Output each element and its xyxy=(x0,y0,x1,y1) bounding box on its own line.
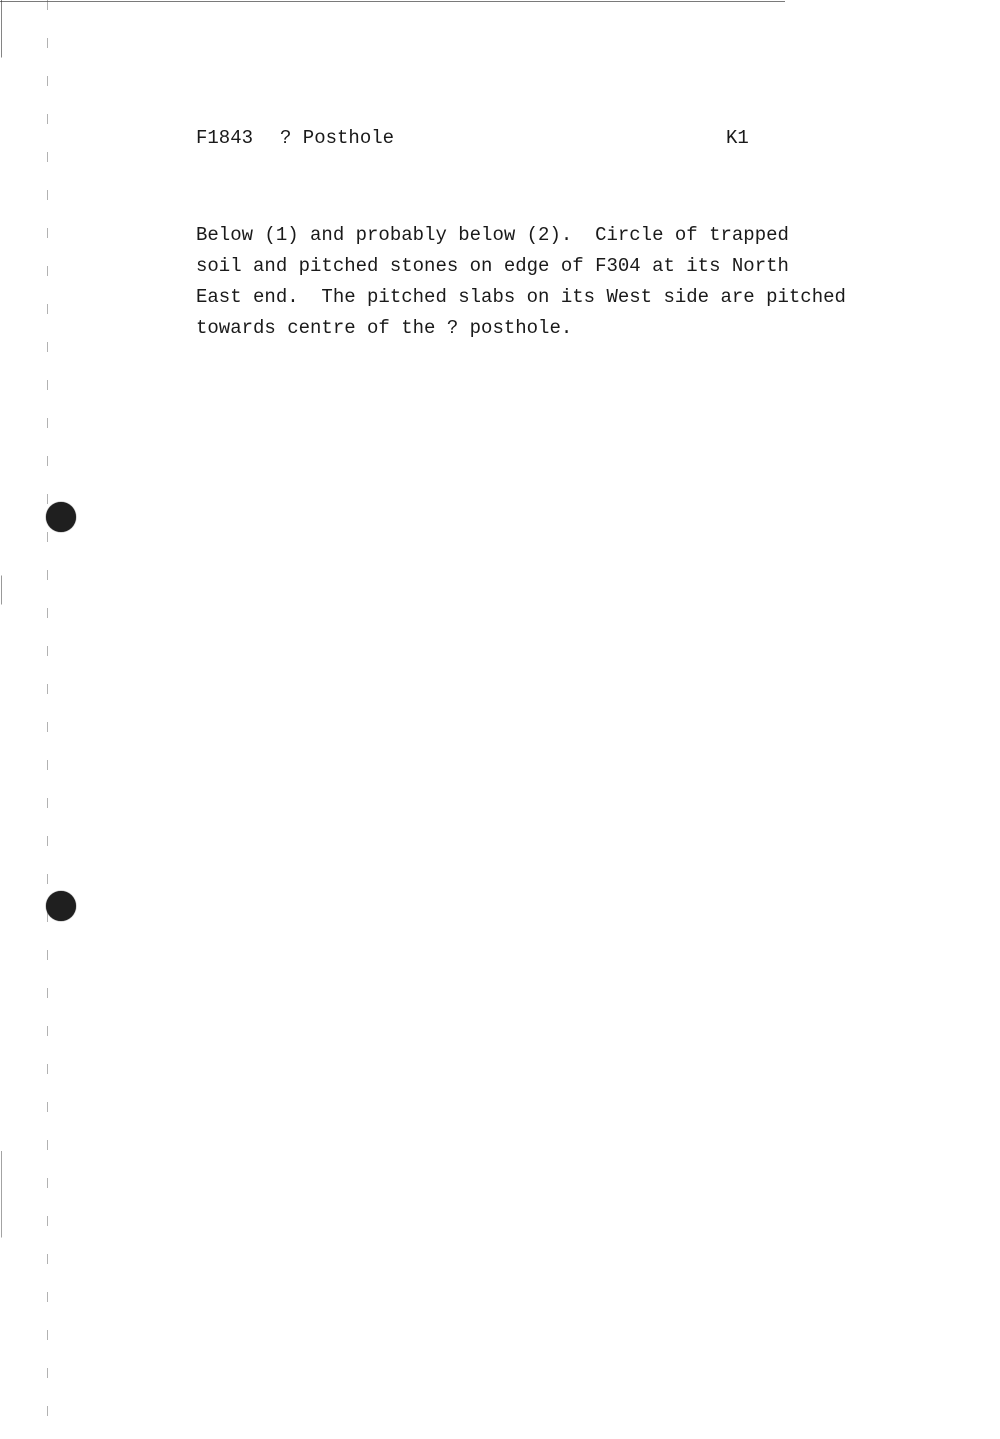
description-line: soil and pitched stones on edge of F304 … xyxy=(196,251,916,282)
description-line: Below (1) and probably below (2). Circle… xyxy=(196,220,916,251)
description-line: East end. The pitched slabs on its West … xyxy=(196,282,916,313)
feature-title: ? Posthole xyxy=(280,127,394,149)
punch-hole-icon xyxy=(46,502,76,532)
margin-line xyxy=(47,0,48,1439)
feature-id: F1843 xyxy=(196,127,253,149)
punch-hole-icon xyxy=(46,891,76,921)
scan-left-edge xyxy=(1,0,2,1439)
scan-top-edge xyxy=(0,1,785,2)
document-page: F1843 ? Posthole K1 Below (1) and probab… xyxy=(0,0,1000,1439)
description-line: towards centre of the ? posthole. xyxy=(196,313,916,344)
sheet-reference: K1 xyxy=(726,127,749,149)
feature-description: Below (1) and probably below (2). Circle… xyxy=(196,220,916,344)
